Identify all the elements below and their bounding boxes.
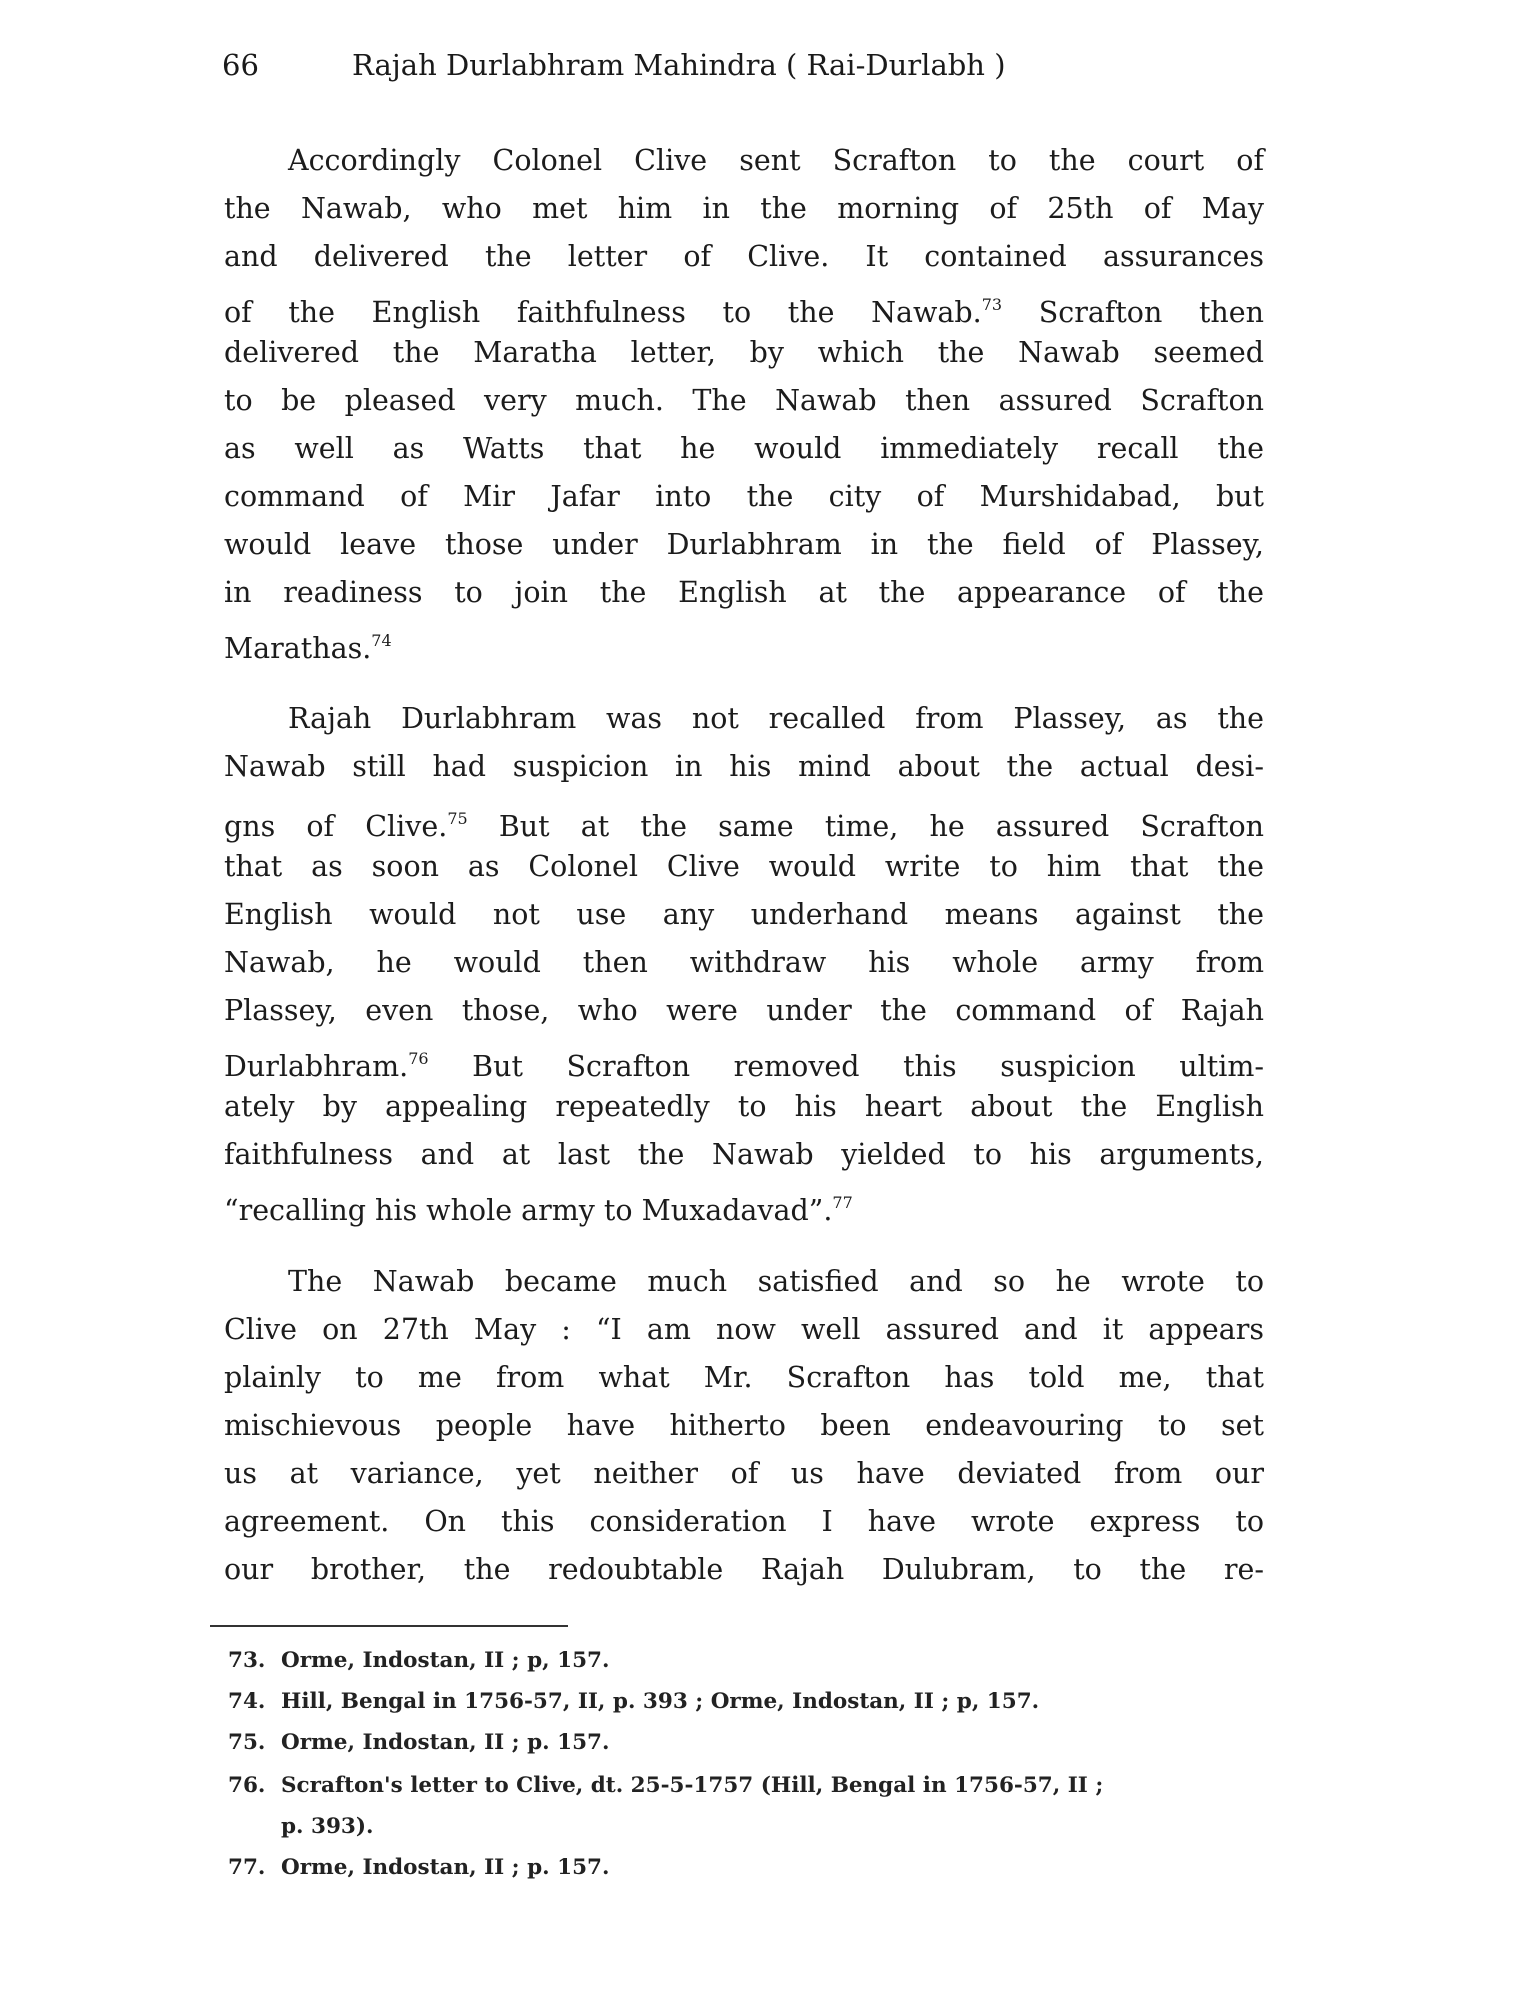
book-page: 66Rajah Durlabhram Mahindra ( Rai-Durlab…: [0, 0, 1522, 2016]
text-line: would leave those under Durlabhram in th…: [224, 521, 1264, 569]
footnote-divider: [210, 1625, 568, 1627]
footnote-75: 75.Orme, Indostan, II ; p. 157.: [228, 1725, 609, 1761]
footnote-73: 73.Orme, Indostan, II ; p, 157.: [228, 1643, 609, 1679]
text-line: “recalling his whole army to Muxadavad”.…: [224, 1179, 1264, 1235]
text-line: Plassey, even those, who were under the …: [224, 987, 1264, 1035]
text-line: The Nawab became much satisfied and so h…: [224, 1258, 1264, 1306]
footnote-text: Orme, Indostan, II ; p. 157.: [281, 1730, 609, 1755]
line-text: But Scrafton removed this suspicion ulti…: [429, 1050, 1264, 1083]
footnote-ref-75[interactable]: 75: [447, 809, 467, 828]
footnote-number: 76.: [228, 1768, 281, 1804]
line-text: Marathas.: [224, 632, 371, 665]
text-line: and delivered the letter of Clive. It co…: [224, 233, 1264, 281]
footnote-ref-73[interactable]: 73: [982, 295, 1002, 314]
text-line: ately by appealing repeatedly to his hea…: [224, 1083, 1264, 1131]
text-line: command of Mir Jafar into the city of Mu…: [224, 473, 1264, 521]
footnote-text: Orme, Indostan, II ; p. 157.: [281, 1855, 609, 1880]
running-header: 66Rajah Durlabhram Mahindra ( Rai-Durlab…: [222, 48, 1006, 82]
text-line: our brother, the redoubtable Rajah Dulub…: [224, 1546, 1264, 1594]
text-line: to be pleased very much. The Nawab then …: [224, 377, 1264, 425]
text-line: the Nawab, who met him in the morning of…: [224, 185, 1264, 233]
text-line: Nawab, he would then withdraw his whole …: [224, 939, 1264, 987]
line-text: “recalling his whole army to Muxadavad”.: [224, 1194, 832, 1227]
text-line: Clive on 27th May : “I am now well assur…: [224, 1306, 1264, 1354]
footnote-76: 76.Scrafton's letter to Clive, dt. 25-5-…: [228, 1768, 1103, 1804]
footnote-74: 74.Hill, Bengal in 1756-57, II, p. 393 ;…: [228, 1684, 1039, 1720]
text-line: that as soon as Colonel Clive would writ…: [224, 843, 1264, 891]
text-line: Rajah Durlabhram was not recalled from P…: [224, 695, 1264, 743]
text-line: as well as Watts that he would immediate…: [224, 425, 1264, 473]
page-number: 66: [222, 48, 352, 82]
text-line: agreement. On this consideration I have …: [224, 1498, 1264, 1546]
line-text: Durlabhram.: [224, 1050, 408, 1083]
running-title: Rajah Durlabhram Mahindra ( Rai-Durlabh …: [352, 48, 1006, 82]
line-text: Scrafton then: [1002, 296, 1264, 329]
line-text: But at the same time, he assured Scrafto…: [468, 810, 1264, 843]
footnote-ref-76[interactable]: 76: [408, 1049, 428, 1068]
text-line: Accordingly Colonel Clive sent Scrafton …: [224, 137, 1264, 185]
text-line: us at variance, yet neither of us have d…: [224, 1450, 1264, 1498]
footnote-77: 77.Orme, Indostan, II ; p. 157.: [228, 1850, 609, 1886]
footnote-text: Orme, Indostan, II ; p, 157.: [281, 1648, 609, 1673]
line-text: of the English faithfulness to the Nawab…: [224, 296, 982, 329]
text-line: mischievous people have hitherto been en…: [224, 1402, 1264, 1450]
text-line: in readiness to join the English at the …: [224, 569, 1264, 617]
line-text: gns of Clive.: [224, 810, 447, 843]
text-line: Marathas.74: [224, 617, 1264, 673]
text-line: plainly to me from what Mr. Scrafton has…: [224, 1354, 1264, 1402]
footnote-text: Hill, Bengal in 1756-57, II, p. 393 ; Or…: [281, 1689, 1039, 1714]
text-line: English would not use any underhand mean…: [224, 891, 1264, 939]
footnote-number: 75.: [228, 1725, 281, 1761]
footnote-number: 74.: [228, 1684, 281, 1720]
footnote-ref-74[interactable]: 74: [371, 631, 391, 650]
footnote-number: 77.: [228, 1850, 281, 1886]
footnote-76-continuation: p. 393).: [281, 1809, 374, 1845]
footnote-text: Scrafton's letter to Clive, dt. 25-5-175…: [281, 1773, 1103, 1798]
footnote-ref-77[interactable]: 77: [832, 1193, 852, 1212]
footnote-number: 73.: [228, 1643, 281, 1679]
text-line: faithfulness and at last the Nawab yield…: [224, 1131, 1264, 1179]
text-line: delivered the Maratha letter, by which t…: [224, 329, 1264, 377]
text-line: Nawab still had suspicion in his mind ab…: [224, 743, 1264, 791]
